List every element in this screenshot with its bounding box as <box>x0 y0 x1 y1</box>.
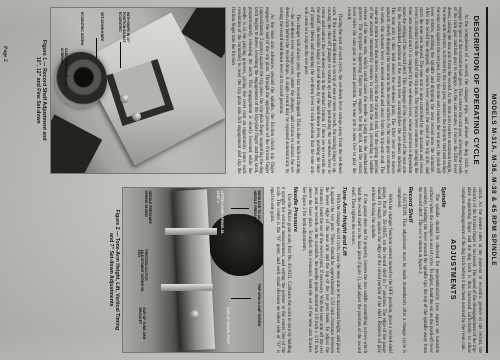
screw-detail <box>120 94 129 103</box>
photo-shadow-region <box>50 114 102 174</box>
paragraph-operating-cycle-3: The changer will always play the last re… <box>277 7 299 174</box>
article-title: DESCRIPTION OF OPERATING CYCLE <box>472 7 481 174</box>
manual-page-scan: MODELS M-31A, M-36, M-38 & 45 RPM SPINDL… <box>0 0 500 360</box>
header-rule <box>486 7 488 353</box>
rest-post-detail <box>165 228 217 235</box>
figure2-callout-label: Needle pressure spring 28-9832 <box>144 191 152 235</box>
figure2-caption-line1: Figure 2 — Tone-Arm Height, Lift, Vertic… <box>114 187 120 354</box>
two-column-layout: DESCRIPTION OF OPERATING CYCLE At the co… <box>35 7 482 353</box>
screw-detail <box>190 310 199 319</box>
paragraph-record-shelf-2: If the gauge does not fit properly, loos… <box>350 187 367 354</box>
paragraph-record-shelf-caution: CAUTION: This adjustment must be made im… <box>395 187 406 354</box>
paragraph-operating-cycle-1: At the completion of a record, the chang… <box>345 7 468 174</box>
figure2-callout-label: Trip arm clamp screw <box>256 284 260 327</box>
callout-leader-line <box>231 298 251 299</box>
callout-leader-line <box>231 208 249 209</box>
column-right: clutch. As the needle rides in the lead-… <box>35 187 482 354</box>
figure1-caption: Figure 1 — Record Shelf Adjustment and 1… <box>35 7 47 174</box>
figure2-callout-label: Friction clutch adjustment screw 56-9103 <box>136 250 148 294</box>
mechanism-assembly-photo-area <box>173 189 215 351</box>
scanned-page-viewport: MODELS M-31A, M-36, M-38 & 45 RPM SPINDL… <box>0 0 500 360</box>
adjustments-heading: ADJUSTMENTS <box>449 187 456 354</box>
swivel-post-detail <box>161 284 213 291</box>
figure2-photo: Bend ear to adjust needle pressure Trip … <box>122 187 264 354</box>
figure1-photo: With knife in 10" position adjust eccent… <box>50 7 226 174</box>
callout-leader-line <box>96 38 97 58</box>
paragraph-operating-cycle-4: As the tone arm advances toward the spin… <box>230 7 275 174</box>
paragraph-needle-pressure: Use the Philco gram scale, Part No. 45-9… <box>268 187 290 354</box>
paragraph-operating-cycle-2: During the start of each cycle, the set-… <box>303 7 342 174</box>
tonearm-heading: Tone-Arm Height and Lift <box>341 187 347 354</box>
paragraph-record-shelf-1: With the changer function control turned… <box>370 187 392 354</box>
paragraph-spindle: The spindle should be checked for perpen… <box>416 187 438 354</box>
spindle-heading: Spindle <box>440 187 446 354</box>
needle-pressure-heading: Needle Pressure <box>292 187 298 354</box>
figure2-caption-line2: and 7" Set-down Adjustments <box>107 187 113 354</box>
figure2-callout-label: Ear of swivel post <box>225 308 229 345</box>
paragraph-tonearm: With the changer out of cycle, raise the… <box>301 187 340 354</box>
figure1-callout-label: Eccentric screw <box>79 12 83 45</box>
column-left: DESCRIPTION OF OPERATING CYCLE At the co… <box>35 7 482 174</box>
figure2-callout-label: Lifter lever spring 28-10157-1 <box>216 191 224 235</box>
paragraph-operating-cycle-continued: clutch. As the needle rides in the lead-… <box>460 187 482 354</box>
callout-leader-line <box>120 42 121 68</box>
figure2-callout-label: Bend ear to adjust needle pressure <box>253 191 261 235</box>
page-header: MODELS M-31A, M-36, M-38 & 45 RPM SPINDL… <box>490 7 497 353</box>
screw-detail <box>132 112 141 121</box>
figure1-callout-label: Set-down knife <box>99 12 103 41</box>
figure2-caption: Figure 2 — Tone-Arm Height, Lift, Vertic… <box>107 187 119 354</box>
page-number: Page 2 <box>2 46 8 62</box>
record-shelf-heading: Record Shelf <box>407 187 413 354</box>
figure1-callout-label: Saddle assembling screws <box>59 48 67 92</box>
figure1-caption-line1: Figure 1 — Record Shelf Adjustment and <box>41 7 47 174</box>
figure1-caption-line2: 10", 12" and Fine Set-down <box>35 7 41 174</box>
figure2-callout-label: Ear of tone arm bracket <box>138 308 146 352</box>
